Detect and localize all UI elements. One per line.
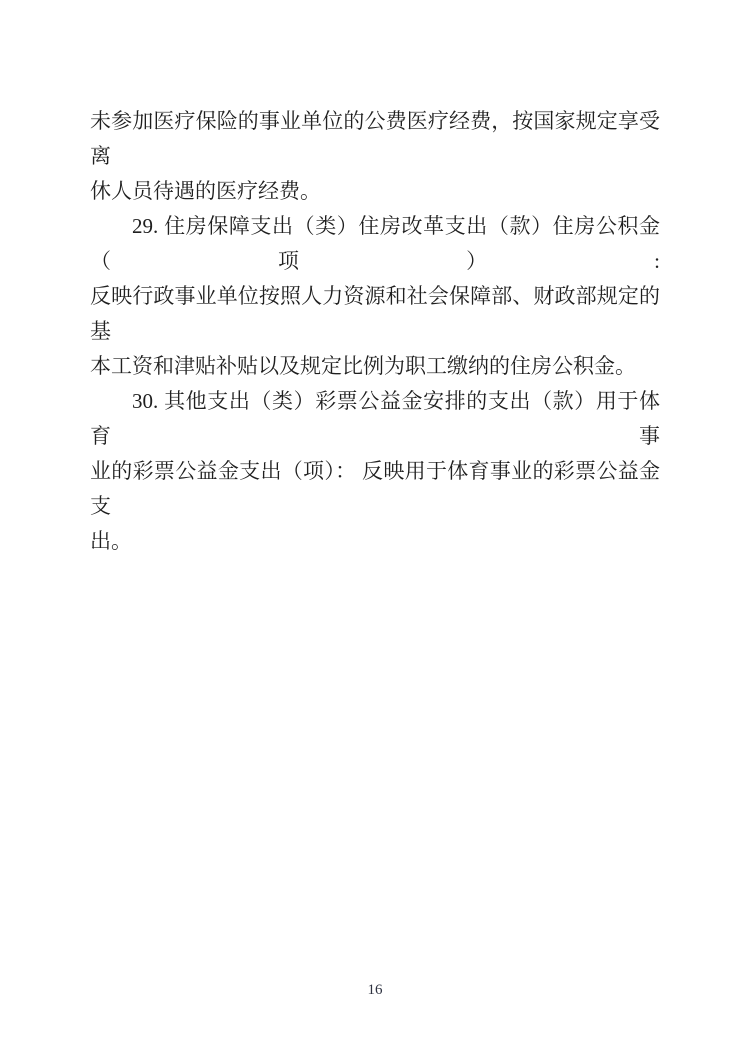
text-line: 出。 [90,524,660,559]
body-text: 未参加医疗保险的事业单位的公费医疗经费，按国家规定享受离 休人员待遇的医疗经费。… [90,104,660,559]
text-line: 29. 住房保障支出（类）住房改革支出（款）住房公积金（项）: [90,209,660,279]
page-number: 16 [0,980,750,1000]
text-line: 反映行政事业单位按照人力资源和社会保障部、财政部规定的基 [90,279,660,349]
text-line: 业的彩票公益金支出（项）： 反映用于体育事业的彩票公益金支 [90,454,660,524]
paragraph-continuation: 未参加医疗保险的事业单位的公费医疗经费，按国家规定享受离 休人员待遇的医疗经费。 [90,104,660,209]
text-line: 未参加医疗保险的事业单位的公费医疗经费，按国家规定享受离 [90,104,660,174]
paragraph-item-29: 29. 住房保障支出（类）住房改革支出（款）住房公积金（项）: 反映行政事业单位… [90,209,660,384]
text-line: 本工资和津贴补贴以及规定比例为职工缴纳的住房公积金。 [90,349,660,384]
text-line: 休人员待遇的医疗经费。 [90,174,660,209]
text-line: 30. 其他支出（类）彩票公益金安排的支出（款）用于体育事 [90,384,660,454]
paragraph-item-30: 30. 其他支出（类）彩票公益金安排的支出（款）用于体育事 业的彩票公益金支出（… [90,384,660,559]
document-page: 未参加医疗保险的事业单位的公费医疗经费，按国家规定享受离 休人员待遇的医疗经费。… [0,0,750,1061]
